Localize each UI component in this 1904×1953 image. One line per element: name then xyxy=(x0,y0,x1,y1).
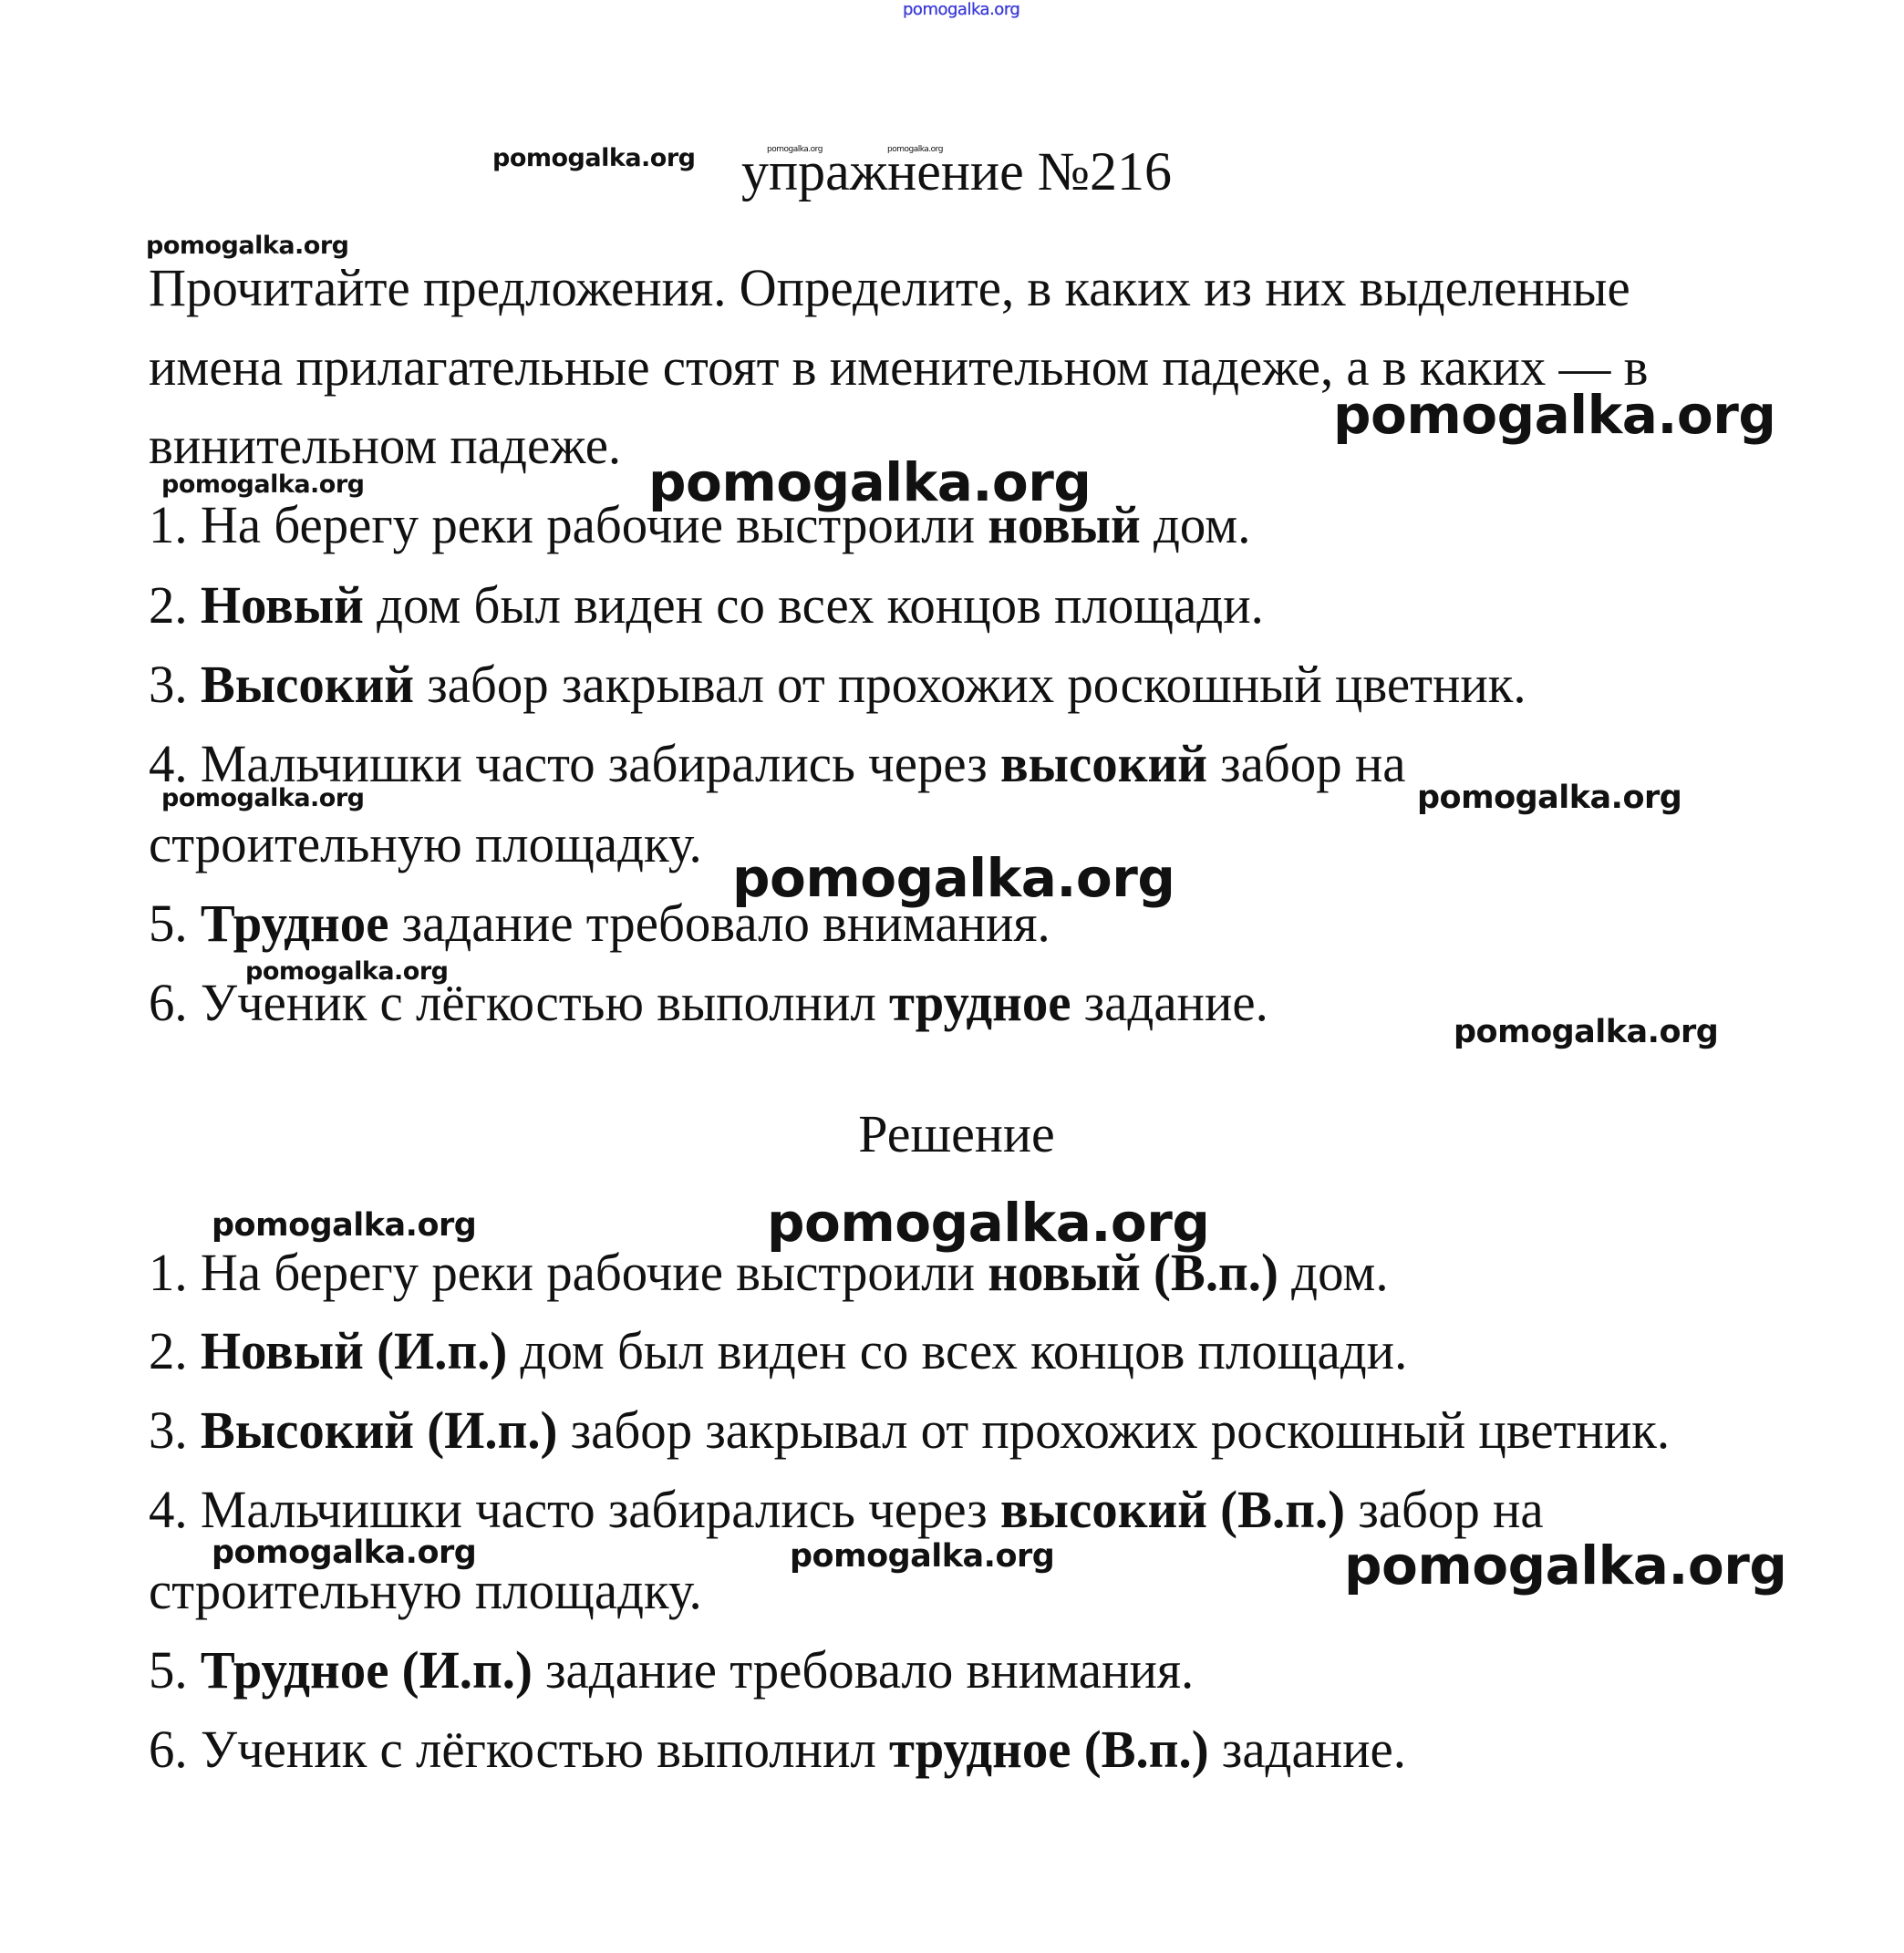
watermark: pomogalka.org xyxy=(212,1210,476,1242)
task-sentence: 2. Новый дом был виден со всех концов пл… xyxy=(149,579,1264,632)
task-instruction-line-3: винительном падеже. xyxy=(149,419,621,472)
watermark: pomogalka.org xyxy=(767,1196,1209,1249)
watermark: pomogalka.org xyxy=(648,456,1091,509)
watermark: pomogalka.org xyxy=(212,1537,476,1569)
watermark: pomogalka.org xyxy=(767,146,823,154)
watermark: pomogalka.org xyxy=(245,959,449,984)
solution-sentence-continuation: строительную площадку. xyxy=(149,1565,702,1617)
solution-sentence: 2. Новый (И.п.) дом был виден со всех ко… xyxy=(149,1325,1407,1378)
watermark: pomogalka.org xyxy=(1454,1017,1718,1049)
watermark: pomogalka.org xyxy=(161,786,365,811)
document-page: pomogalka.org упражнение №216 Прочитайте… xyxy=(0,0,1904,1953)
watermark: pomogalka.org xyxy=(146,233,349,258)
watermark: pomogalka.org xyxy=(790,1541,1054,1573)
watermark: pomogalka.org xyxy=(1333,388,1775,441)
watermark: pomogalka.org xyxy=(732,852,1174,904)
watermark: pomogalka.org xyxy=(1344,1539,1786,1592)
solution-sentence: 3. Высокий (И.п.) забор закрывал от прох… xyxy=(149,1404,1670,1457)
task-sentence-continuation: строительную площадку. xyxy=(149,818,702,871)
site-watermark-top: pomogalka.org xyxy=(903,2,1019,18)
task-instruction-line-1: Прочитайте предложения. Определите, в ка… xyxy=(149,262,1630,315)
solution-heading: Решение xyxy=(0,1108,1904,1161)
watermark: pomogalka.org xyxy=(1417,782,1682,814)
page-title: упражнение №216 xyxy=(0,144,1904,199)
solution-sentence: 4. Мальчишки часто забирались через высо… xyxy=(149,1483,1544,1536)
watermark: pomogalka.org xyxy=(161,472,365,497)
solution-sentence: 6. Ученик с лёгкостью выполнил трудное (… xyxy=(149,1723,1406,1776)
solution-sentence: 1. На берегу реки рабочие выстроили новы… xyxy=(149,1246,1389,1299)
solution-sentence: 5. Трудное (И.п.) задание требовало вним… xyxy=(149,1644,1194,1697)
watermark: pomogalka.org xyxy=(492,146,696,170)
task-sentence: 4. Мальчишки часто забирались через высо… xyxy=(149,738,1405,790)
task-sentence: 3. Высокий забор закрывал от прохожих ро… xyxy=(149,658,1526,711)
watermark: pomogalka.org xyxy=(887,146,943,154)
